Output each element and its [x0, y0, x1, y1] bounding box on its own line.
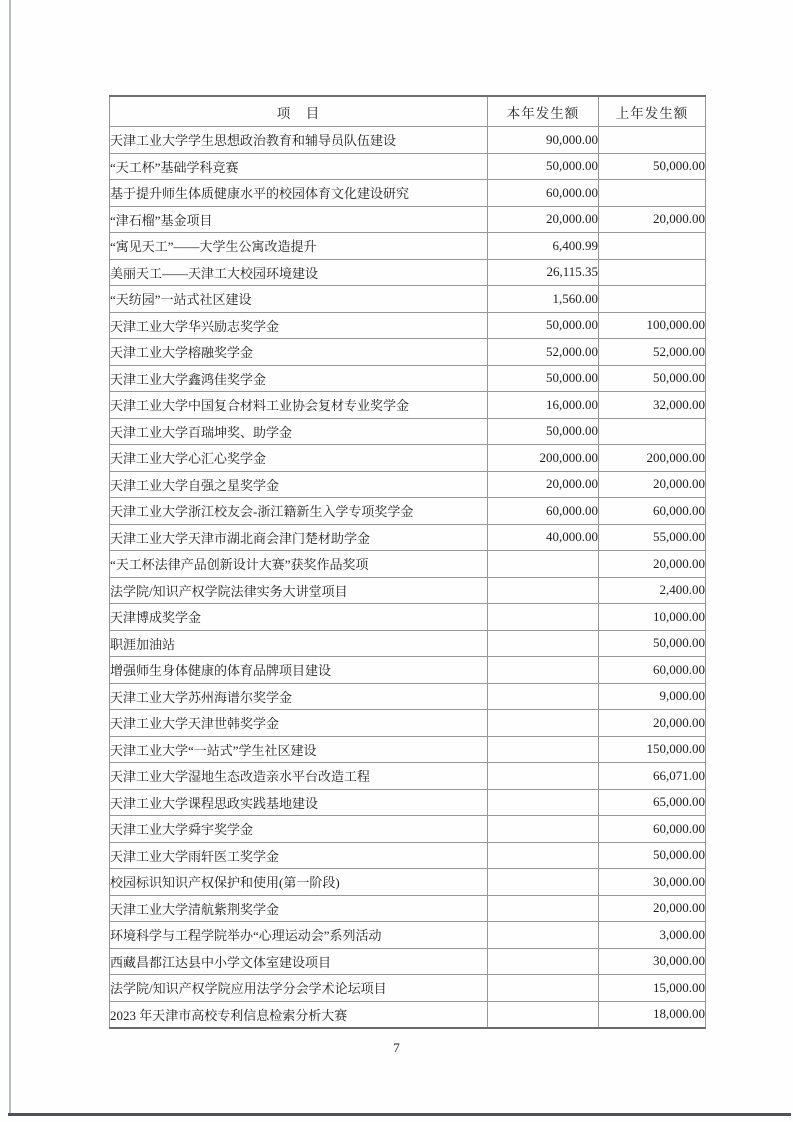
table-row: “津石榴”基金项目20,000.0020,000.00 — [110, 206, 706, 233]
table-row: “天工杯”基础学科竞赛50,000.0050,000.00 — [110, 153, 706, 180]
previous-year-amount-cell — [599, 233, 706, 260]
current-year-amount-cell — [488, 710, 599, 737]
project-name-cell: 天津工业大学华兴励志奖学金 — [110, 312, 488, 339]
project-name-cell: 环境科学与工程学院举办“心理运动会”系列活动 — [110, 922, 488, 949]
table-row: 美丽天工——天津工大校园环境建设26,115.35 — [110, 259, 706, 286]
previous-year-amount-cell — [599, 418, 706, 445]
previous-year-amount-cell: 50,000.00 — [599, 842, 706, 869]
table-row: 天津工业大学自强之星奖学金20,000.0020,000.00 — [110, 471, 706, 498]
table-row: 法学院/知识产权学院应用法学分会学术论坛项目15,000.00 — [110, 975, 706, 1002]
project-name-cell: 2023 年天津市高校专利信息检索分析大赛 — [110, 1001, 488, 1028]
previous-year-amount-cell: 50,000.00 — [599, 365, 706, 392]
project-name-cell: 天津工业大学苏州海谱尔奖学金 — [110, 683, 488, 710]
table-row: 法学院/知识产权学院法律实务大讲堂项目2,400.00 — [110, 577, 706, 604]
current-year-amount-cell — [488, 789, 599, 816]
table-row: 天津工业大学天津世韩奖学金20,000.00 — [110, 710, 706, 737]
project-name-cell: 天津工业大学清航紫荆奖学金 — [110, 895, 488, 922]
table-row: 天津工业大学鑫鸿佳奖学金50,000.0050,000.00 — [110, 365, 706, 392]
table-row: 天津工业大学中国复合材料工业协会复材专业奖学金16,000.0032,000.0… — [110, 392, 706, 419]
previous-year-amount-cell: 15,000.00 — [599, 975, 706, 1002]
current-year-amount-cell: 60,000.00 — [488, 180, 599, 207]
current-year-amount-cell — [488, 736, 599, 763]
table-row: 天津工业大学雨轩医工奖学金50,000.00 — [110, 842, 706, 869]
table-row: 天津工业大学舜宇奖学金60,000.00 — [110, 816, 706, 843]
table-row: 天津工业大学课程思政实践基地建设65,000.00 — [110, 789, 706, 816]
project-name-cell: 天津博成奖学金 — [110, 604, 488, 631]
project-name-cell: 天津工业大学学生思想政治教育和辅导员队伍建设 — [110, 127, 488, 154]
current-year-amount-cell: 6,400.99 — [488, 233, 599, 260]
current-year-amount-cell: 52,000.00 — [488, 339, 599, 366]
table-row: 基于提升师生体质健康水平的校园体育文化建设研究60,000.00 — [110, 180, 706, 207]
expense-table: 项 目 本年发生额 上年发生额 天津工业大学学生思想政治教育和辅导员队伍建设90… — [109, 95, 706, 1029]
previous-year-amount-cell: 52,000.00 — [599, 339, 706, 366]
previous-year-amount-cell: 60,000.00 — [599, 816, 706, 843]
project-name-cell: 天津工业大学浙江校友会-浙江籍新生入学专项奖学金 — [110, 498, 488, 525]
current-year-amount-cell — [488, 551, 599, 578]
project-name-cell: 基于提升师生体质健康水平的校园体育文化建设研究 — [110, 180, 488, 207]
table-row: 天津工业大学苏州海谱尔奖学金9,000.00 — [110, 683, 706, 710]
current-year-amount-cell: 200,000.00 — [488, 445, 599, 472]
document-page: 项 目 本年发生额 上年发生额 天津工业大学学生思想政治教育和辅导员队伍建设90… — [0, 0, 793, 1122]
current-year-amount-cell — [488, 630, 599, 657]
current-year-amount-cell — [488, 604, 599, 631]
page-number: 7 — [0, 1040, 793, 1056]
previous-year-amount-cell: 30,000.00 — [599, 869, 706, 896]
current-year-amount-cell — [488, 657, 599, 684]
current-year-amount-cell — [488, 763, 599, 790]
previous-year-amount-cell: 30,000.00 — [599, 948, 706, 975]
previous-year-amount-cell: 100,000.00 — [599, 312, 706, 339]
project-name-cell: “天纺园”一站式社区建设 — [110, 286, 488, 313]
project-name-cell: 天津工业大学天津世韩奖学金 — [110, 710, 488, 737]
table-row: 天津工业大学天津市湖北商会津门楚材助学金40,000.0055,000.00 — [110, 524, 706, 551]
current-year-amount-cell — [488, 1001, 599, 1028]
table-row: 环境科学与工程学院举办“心理运动会”系列活动3,000.00 — [110, 922, 706, 949]
project-name-cell: 天津工业大学课程思政实践基地建设 — [110, 789, 488, 816]
previous-year-amount-cell: 55,000.00 — [599, 524, 706, 551]
table-row: 天津工业大学榕融奖学金52,000.0052,000.00 — [110, 339, 706, 366]
previous-year-amount-cell — [599, 127, 706, 154]
previous-year-amount-cell: 150,000.00 — [599, 736, 706, 763]
project-name-cell: 天津工业大学榕融奖学金 — [110, 339, 488, 366]
project-name-cell: “津石榴”基金项目 — [110, 206, 488, 233]
current-year-amount-cell: 50,000.00 — [488, 153, 599, 180]
project-name-cell: 天津工业大学鑫鸿佳奖学金 — [110, 365, 488, 392]
previous-year-amount-cell: 50,000.00 — [599, 630, 706, 657]
table-row: 2023 年天津市高校专利信息检索分析大赛18,000.00 — [110, 1001, 706, 1028]
project-name-cell: 美丽天工——天津工大校园环境建设 — [110, 259, 488, 286]
scan-edge-bottom-line — [8, 1113, 791, 1116]
current-year-amount-cell: 50,000.00 — [488, 365, 599, 392]
project-name-cell: 天津工业大学雨轩医工奖学金 — [110, 842, 488, 869]
table-row: 天津工业大学清航紫荆奖学金20,000.00 — [110, 895, 706, 922]
current-year-amount-cell: 20,000.00 — [488, 471, 599, 498]
column-header-current-year: 本年发生额 — [488, 96, 599, 127]
current-year-amount-cell: 90,000.00 — [488, 127, 599, 154]
current-year-amount-cell: 26,115.35 — [488, 259, 599, 286]
table-row: 增强师生身体健康的体育品牌项目建设60,000.00 — [110, 657, 706, 684]
project-name-cell: 天津工业大学舜宇奖学金 — [110, 816, 488, 843]
project-name-cell: 法学院/知识产权学院法律实务大讲堂项目 — [110, 577, 488, 604]
previous-year-amount-cell: 20,000.00 — [599, 551, 706, 578]
previous-year-amount-cell: 32,000.00 — [599, 392, 706, 419]
table-row: 天津工业大学华兴励志奖学金50,000.00100,000.00 — [110, 312, 706, 339]
project-name-cell: 职涯加油站 — [110, 630, 488, 657]
previous-year-amount-cell: 60,000.00 — [599, 498, 706, 525]
table-header-row: 项 目 本年发生额 上年发生额 — [110, 96, 706, 127]
previous-year-amount-cell — [599, 259, 706, 286]
scan-edge-left-line — [9, 0, 11, 1114]
current-year-amount-cell — [488, 895, 599, 922]
project-name-cell: 天津工业大学自强之星奖学金 — [110, 471, 488, 498]
table-row: “寓见天工”——大学生公寓改造提升6,400.99 — [110, 233, 706, 260]
previous-year-amount-cell: 50,000.00 — [599, 153, 706, 180]
previous-year-amount-cell — [599, 286, 706, 313]
current-year-amount-cell — [488, 948, 599, 975]
project-name-cell: 校园标识知识产权保护和使用(第一阶段) — [110, 869, 488, 896]
current-year-amount-cell — [488, 869, 599, 896]
current-year-amount-cell: 20,000.00 — [488, 206, 599, 233]
current-year-amount-cell: 60,000.00 — [488, 498, 599, 525]
current-year-amount-cell — [488, 842, 599, 869]
previous-year-amount-cell: 20,000.00 — [599, 710, 706, 737]
table-row: “天纺园”一站式社区建设1,560.00 — [110, 286, 706, 313]
current-year-amount-cell: 1,560.00 — [488, 286, 599, 313]
previous-year-amount-cell: 20,000.00 — [599, 206, 706, 233]
project-name-cell: 天津工业大学湿地生态改造亲水平台改造工程 — [110, 763, 488, 790]
table-row: 天津工业大学“一站式”学生社区建设150,000.00 — [110, 736, 706, 763]
table-row: 天津工业大学心汇心奖学金200,000.00200,000.00 — [110, 445, 706, 472]
previous-year-amount-cell: 9,000.00 — [599, 683, 706, 710]
previous-year-amount-cell: 200,000.00 — [599, 445, 706, 472]
project-name-cell: “寓见天工”——大学生公寓改造提升 — [110, 233, 488, 260]
project-name-cell: 天津工业大学天津市湖北商会津门楚材助学金 — [110, 524, 488, 551]
project-name-cell: 天津工业大学百瑞坤奖、助学金 — [110, 418, 488, 445]
table-row: 天津工业大学浙江校友会-浙江籍新生入学专项奖学金60,000.0060,000.… — [110, 498, 706, 525]
current-year-amount-cell: 50,000.00 — [488, 418, 599, 445]
previous-year-amount-cell: 18,000.00 — [599, 1001, 706, 1028]
previous-year-amount-cell: 60,000.00 — [599, 657, 706, 684]
project-name-cell: 增强师生身体健康的体育品牌项目建设 — [110, 657, 488, 684]
previous-year-amount-cell: 66,071.00 — [599, 763, 706, 790]
project-name-cell: 法学院/知识产权学院应用法学分会学术论坛项目 — [110, 975, 488, 1002]
table-row: 天津工业大学湿地生态改造亲水平台改造工程66,071.00 — [110, 763, 706, 790]
table-row: 西藏昌都江达县中小学文体室建设项目30,000.00 — [110, 948, 706, 975]
current-year-amount-cell: 50,000.00 — [488, 312, 599, 339]
column-header-item: 项 目 — [110, 96, 488, 127]
previous-year-amount-cell: 65,000.00 — [599, 789, 706, 816]
current-year-amount-cell — [488, 577, 599, 604]
project-name-cell: 西藏昌都江达县中小学文体室建设项目 — [110, 948, 488, 975]
current-year-amount-cell — [488, 975, 599, 1002]
project-name-cell: 天津工业大学心汇心奖学金 — [110, 445, 488, 472]
table-row: “天工杯法律产品创新设计大赛”获奖作品奖项20,000.00 — [110, 551, 706, 578]
previous-year-amount-cell: 3,000.00 — [599, 922, 706, 949]
current-year-amount-cell — [488, 816, 599, 843]
table-row: 职涯加油站50,000.00 — [110, 630, 706, 657]
table-row: 天津博成奖学金10,000.00 — [110, 604, 706, 631]
project-name-cell: “天工杯”基础学科竞赛 — [110, 153, 488, 180]
current-year-amount-cell: 16,000.00 — [488, 392, 599, 419]
table-row: 天津工业大学百瑞坤奖、助学金50,000.00 — [110, 418, 706, 445]
current-year-amount-cell: 40,000.00 — [488, 524, 599, 551]
previous-year-amount-cell: 10,000.00 — [599, 604, 706, 631]
column-header-previous-year: 上年发生额 — [599, 96, 706, 127]
table-row: 天津工业大学学生思想政治教育和辅导员队伍建设90,000.00 — [110, 127, 706, 154]
previous-year-amount-cell: 2,400.00 — [599, 577, 706, 604]
project-name-cell: 天津工业大学“一站式”学生社区建设 — [110, 736, 488, 763]
current-year-amount-cell — [488, 922, 599, 949]
previous-year-amount-cell: 20,000.00 — [599, 895, 706, 922]
previous-year-amount-cell: 20,000.00 — [599, 471, 706, 498]
current-year-amount-cell — [488, 683, 599, 710]
previous-year-amount-cell — [599, 180, 706, 207]
project-name-cell: “天工杯法律产品创新设计大赛”获奖作品奖项 — [110, 551, 488, 578]
project-name-cell: 天津工业大学中国复合材料工业协会复材专业奖学金 — [110, 392, 488, 419]
table-row: 校园标识知识产权保护和使用(第一阶段)30,000.00 — [110, 869, 706, 896]
